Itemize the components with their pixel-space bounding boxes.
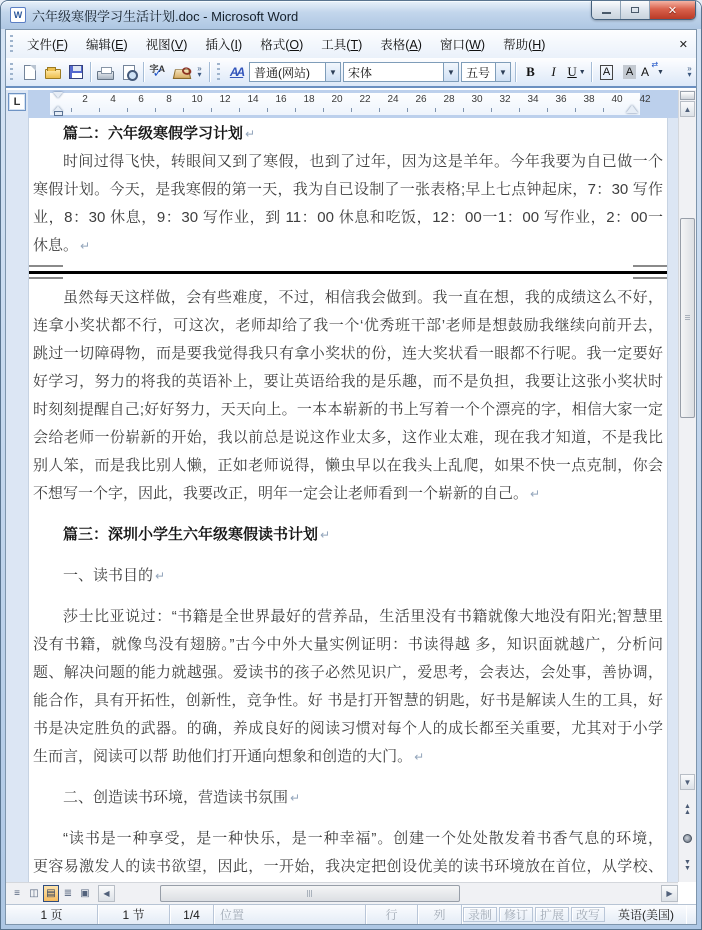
italic-button[interactable]: I — [542, 61, 565, 83]
toolbar-separator — [143, 62, 144, 82]
toolbar-options-chevron-icon[interactable]: »▾ — [193, 60, 206, 84]
close-button[interactable]: ✕ — [650, 1, 695, 19]
print-button[interactable] — [94, 61, 117, 83]
menu-item-f[interactable]: 文件(F) — [18, 31, 77, 57]
paragraph-mark-icon: ↵ — [80, 239, 90, 253]
document-text-line[interactable]: 会给老师一份崭新的开始，我以前总是说这作业太多，这作业太难，现在我才知道，不是我… — [33, 424, 663, 452]
underline-button[interactable]: U▼ — [565, 61, 588, 83]
scroll-right-arrow-icon[interactable]: ▶ — [661, 885, 678, 902]
research-button[interactable] — [170, 61, 193, 83]
new-document-icon — [24, 65, 36, 80]
italic-button-icon: I — [551, 64, 555, 80]
web-layout-view-button[interactable]: ◫ — [26, 885, 42, 902]
document-text-line[interactable]: 二、创造读书环境，营造读书氛围↵ — [33, 784, 663, 812]
ruler-number: 14 — [239, 94, 267, 105]
document-text-line[interactable]: 题、解决问题的能力就越强。爱读书的孩子必然见识广，爱思考，会表达，会处事，善协调… — [33, 659, 663, 687]
character-border-button-icon: A — [600, 65, 613, 80]
paragraph-mark-icon: ↵ — [290, 791, 300, 805]
standard-toolbar-handle[interactable] — [10, 63, 13, 81]
status-mode-1[interactable]: 修订 — [499, 907, 533, 922]
horizontal-scroll-thumb[interactable] — [160, 885, 460, 902]
vertical-scroll-thumb[interactable] — [680, 218, 695, 418]
character-scaling-button-icon: A — [641, 65, 655, 79]
ruler-number: 26 — [407, 94, 435, 105]
document-text-line[interactable]: 生而言，阅读可以帮 助他们打开通向想象和创造的大门。↵ — [33, 743, 663, 771]
minimize-icon — [602, 11, 611, 14]
right-indent-marker[interactable] — [626, 99, 638, 113]
status-mode-3[interactable]: 改写 — [571, 907, 605, 922]
toolbar: 字A »▾ AA 普通(网站) ▼ 宋体 ▼ 五号 ▼ BIU▼ AAA▼ — [6, 58, 696, 88]
save-icon — [69, 65, 83, 79]
view-buttons: ≡◫▤≣▣ — [6, 885, 94, 902]
document-text-line[interactable]: 连拿小奖状都不行，可这次，老师却给了我一个‘优秀班干部’老师是想鼓励我继续向前开… — [33, 312, 663, 340]
ruler-number: 24 — [379, 94, 407, 105]
previous-page-button[interactable]: ▲▲ — [680, 798, 696, 822]
open-icon — [45, 69, 61, 79]
horizontal-ruler[interactable]: 24681012141618202224262830323436384042 — [28, 90, 678, 118]
word-window: W 六年级寒假学习生活计划.doc - Microsoft Word ✕ 文件(… — [0, 0, 702, 930]
menu-item-v[interactable]: 视图(V) — [137, 31, 197, 57]
select-browse-object-button[interactable] — [680, 826, 696, 850]
document-text-line[interactable]: 没有书籍，就像鸟没有翅膀。”古今中外大量实例证明：书读得越 多，知识面就越广，分… — [33, 631, 663, 659]
print-preview-button[interactable] — [117, 61, 140, 83]
horizontal-scroll-track[interactable] — [115, 885, 661, 902]
document-text-line[interactable]: 别人笨，而是我比别人懒，正如老师说得，懒虫早以在我头上乱爬，如果不快一点克制，你… — [33, 452, 663, 480]
font-combo[interactable]: 宋体 ▼ — [343, 62, 459, 82]
font-size-combo[interactable]: 五号 ▼ — [461, 62, 511, 82]
menu-drag-handle[interactable] — [10, 35, 13, 53]
paragraph-mark-icon: ↵ — [245, 127, 255, 141]
menu-item-a[interactable]: 表格(A) — [371, 31, 431, 57]
menu-item-h[interactable]: 帮助(H) — [494, 31, 554, 57]
ruler-ticks — [71, 108, 659, 112]
print-icon — [97, 71, 114, 80]
spelling-check-icon: 字A — [150, 64, 168, 80]
ruler-number: 10 — [183, 94, 211, 105]
reading-layout-view-button[interactable]: ▣ — [77, 885, 93, 902]
horizontal-scrollbar-row: ≡◫▤≣▣ ◀ ▶ — [6, 882, 678, 904]
browse-ball-icon — [683, 834, 692, 843]
bold-button[interactable]: B — [519, 61, 542, 83]
paragraph-mark-icon: ↵ — [414, 750, 424, 764]
page-break-line — [29, 271, 667, 274]
save-button[interactable] — [64, 61, 87, 83]
status-position[interactable]: 位置 — [214, 905, 366, 924]
left-indent-marker[interactable] — [54, 111, 63, 116]
normal-view-button[interactable]: ≡ — [9, 885, 25, 902]
print-layout-view-button[interactable]: ▤ — [43, 885, 59, 902]
document-text-line[interactable]: 休息。↵ — [33, 232, 663, 260]
ruler-number: 38 — [575, 94, 603, 105]
status-section[interactable]: 1 节 — [98, 905, 170, 924]
chevron-down-icon[interactable]: ▼ — [579, 69, 586, 76]
maximize-icon — [631, 7, 639, 13]
status-spacer — [686, 905, 696, 924]
chevron-down-icon[interactable]: ▼ — [325, 63, 340, 81]
document-text-line[interactable]: 能合作，具有开拓性，创新性，竞争性。好 书是打开智慧的钥匙，好书是解读人生的工具… — [33, 687, 663, 715]
scroll-up-arrow-icon[interactable]: ▲ — [680, 101, 695, 117]
ruler-number: 4 — [99, 94, 127, 105]
page-break-cap — [633, 265, 667, 279]
menu-item-e[interactable]: 编辑(E) — [77, 31, 137, 57]
title-bar[interactable]: W 六年级寒假学习生活计划.doc - Microsoft Word ✕ — [1, 1, 701, 29]
document-text-line[interactable]: 书是决定胜负的武器。的确，养成良好的阅读习惯对每个人的成长都至关重要，尤其对于小… — [33, 715, 663, 743]
document-area: 篇二：六年级寒假学习计划↵时间过得飞快，转眼间又到了寒假，也到了过年，因为这是羊… — [6, 118, 678, 882]
research-icon — [172, 69, 191, 79]
status-line[interactable]: 行 — [366, 905, 418, 924]
toolbar-separator — [90, 62, 91, 82]
font-combo-value: 宋体 — [348, 64, 372, 81]
ruler-number: 22 — [351, 94, 379, 105]
style-combo[interactable]: 普通(网站) ▼ — [249, 62, 341, 82]
ruler-number: 30 — [463, 94, 491, 105]
minimize-button[interactable] — [592, 1, 621, 19]
character-shading-button[interactable]: A — [618, 61, 641, 83]
ruler-number: 12 — [211, 94, 239, 105]
formatting-toolbar-handle[interactable] — [217, 63, 220, 81]
paragraph-mark-icon: ↵ — [155, 569, 165, 583]
print-preview-icon — [123, 65, 135, 80]
menu-item-i[interactable]: 插入(I) — [196, 31, 251, 57]
status-bar: 1 页 1 节 1/4 位置 行 列 录制修订扩展改写 英语(美国) — [6, 904, 696, 924]
ruler-number: 36 — [547, 94, 575, 105]
ruler-number: 16 — [267, 94, 295, 105]
document-text-line[interactable]: 虽然每天这样做，会有些难度，不过，相信我会做到。我一直在想，我的成绩这么不好， — [33, 284, 663, 312]
word-app-icon[interactable]: W — [10, 7, 26, 23]
underline-button-icon: U — [567, 64, 576, 80]
ruler-bar: L 24681012141618202224262830323436384042 — [6, 90, 678, 118]
menu-item-t[interactable]: 工具(T) — [312, 31, 371, 57]
window-title: 六年级寒假学习生活计划.doc - Microsoft Word — [32, 6, 298, 25]
document-text-line[interactable]: 一、读书目的↵ — [33, 562, 663, 590]
character-scaling-button[interactable]: A▼ — [641, 61, 664, 83]
menu-bar: 文件(F)编辑(E)视图(V)插入(I)格式(O)工具(T)表格(A)窗口(W)… — [6, 30, 696, 58]
styles-icon: AA — [230, 65, 243, 79]
document-text-line[interactable]: 更容易激发人的读书欲望，因此，一开始，我决定把创设优美的读书环境放在首位，从学校… — [33, 853, 663, 881]
document-close-icon[interactable]: ✕ — [679, 38, 688, 51]
ruler-number: 18 — [295, 94, 323, 105]
client-area: 文件(F)编辑(E)视图(V)插入(I)格式(O)工具(T)表格(A)窗口(W)… — [5, 29, 697, 925]
outline-view-button[interactable]: ≣ — [60, 885, 76, 902]
toolbar-separator — [515, 62, 516, 82]
scroll-down-arrow-icon[interactable]: ▼ — [680, 774, 695, 790]
document-text-line[interactable]: 好学习，努力的将我的英语补上，要让英语给我的是乐趣，而不是负担，我要让这张小奖状… — [33, 368, 663, 396]
document-text-line[interactable]: 不想写一个字，因此，我要改正，明年一定会让老师看到一个崭新的自己。↵ — [33, 480, 663, 508]
status-page-of-total[interactable]: 1/4 — [170, 905, 214, 924]
document-text-line[interactable]: 跳过一切障碍物，而是要我觉得我只有拿小奖状的份，连大奖状看一眼都不行呢。我一定要… — [33, 340, 663, 368]
status-mode-0[interactable]: 录制 — [463, 907, 497, 922]
vertical-scrollbar[interactable]: ▲ ▼ ▲▲ ▼▼ — [678, 90, 696, 882]
page-break-divider — [29, 262, 667, 282]
character-border-button[interactable]: A — [595, 61, 618, 83]
status-column[interactable]: 列 — [418, 905, 462, 924]
paragraph-mark-icon: ↵ — [530, 487, 540, 501]
ruler-number: 28 — [435, 94, 463, 105]
toolbar-separator — [209, 62, 210, 82]
scroll-left-arrow-icon[interactable]: ◀ — [98, 885, 115, 902]
close-icon: ✕ — [668, 4, 677, 17]
styles-and-formatting-button[interactable]: AA — [225, 61, 248, 83]
font-size-combo-value: 五号 — [466, 64, 490, 81]
tab-selector-button[interactable]: L — [8, 93, 26, 111]
document-heading-line[interactable]: 篇二：六年级寒假学习计划↵ — [33, 120, 663, 148]
bold-button-icon: B — [526, 64, 535, 80]
chevron-down-icon[interactable]: ▼ — [495, 63, 510, 81]
browse-object-controls: ▲▲ ▼▼ — [679, 794, 696, 882]
ruler-number: 20 — [323, 94, 351, 105]
split-handle[interactable] — [680, 91, 695, 100]
menu-item-o[interactable]: 格式(O) — [251, 31, 312, 57]
open-button[interactable] — [41, 61, 64, 83]
window-controls: ✕ — [591, 1, 696, 20]
document-text-line[interactable]: 时刻刻提醒自己;好好努力，天天向上。一本本崭新的书上写着一个个漂亮的字，相信大家… — [33, 396, 663, 424]
ruler-number: 8 — [155, 94, 183, 105]
document-text-line[interactable]: 莎士比亚说过：“书籍是全世界最好的营养品，生活里没有书籍就像大地没有阳光;智慧里 — [33, 603, 663, 631]
document-text-line[interactable]: 业，8：30 休息，9：30 写作业，到 11：00 休息和吃饭，12：00一1… — [33, 204, 663, 232]
document-text-line[interactable]: “读书是一种享受，是一种快乐，是一种幸福”。创建一个处处散发着书香气息的环境， — [33, 825, 663, 853]
document-text-line[interactable]: 寒假计划。今天，是我寒假的第一天，我为自已设制了一张表格;早上七点钟起床，7：3… — [33, 176, 663, 204]
document-text-line[interactable]: 时间过得飞快，转眼间又到了寒假，也到了过年，因为这是羊年。今年我要为自已做一个 — [33, 148, 663, 176]
ruler-number: 6 — [127, 94, 155, 105]
paragraph-mark-icon: ↵ — [320, 528, 330, 542]
document-heading-line[interactable]: 篇三：深圳小学生六年级寒假读书计划↵ — [33, 521, 663, 549]
maximize-button[interactable] — [621, 1, 650, 19]
toolbar-separator — [591, 62, 592, 82]
chevron-down-icon[interactable]: ▼ — [443, 63, 458, 81]
style-combo-value: 普通(网站) — [254, 64, 310, 81]
status-language[interactable]: 英语(美国) — [606, 905, 686, 924]
status-page[interactable]: 1 页 — [6, 905, 98, 924]
toolbar-options-chevron-icon[interactable]: »▾ — [683, 60, 696, 84]
status-mode-2[interactable]: 扩展 — [535, 907, 569, 922]
ruler-number: 34 — [519, 94, 547, 105]
new-document-button[interactable] — [18, 61, 41, 83]
next-page-button[interactable]: ▼▼ — [680, 854, 696, 878]
character-shading-button-icon: A — [623, 65, 636, 79]
menu-item-w[interactable]: 窗口(W) — [431, 31, 494, 57]
document-page[interactable]: 篇二：六年级寒假学习计划↵时间过得飞快，转眼间又到了寒假，也到了过年，因为这是羊… — [28, 118, 668, 882]
spelling-check-button[interactable]: 字A — [147, 61, 170, 83]
ruler-number: 32 — [491, 94, 519, 105]
ruler-number: 2 — [71, 94, 99, 105]
chevron-down-icon[interactable]: ▼ — [657, 69, 664, 76]
